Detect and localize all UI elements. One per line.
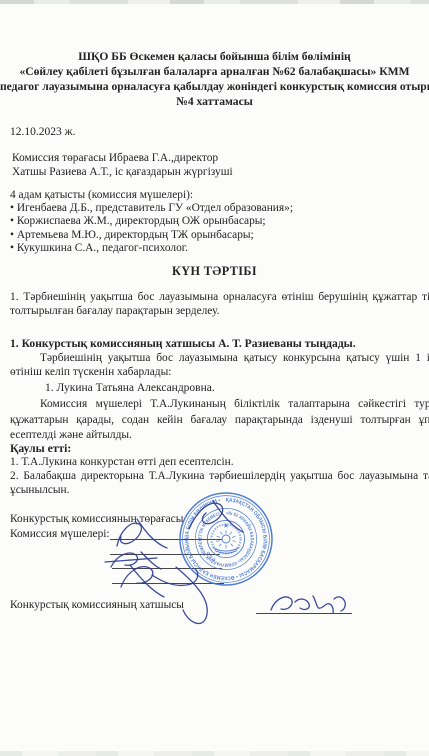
emblem-rays xyxy=(216,530,236,548)
secretary-signature xyxy=(271,596,345,613)
secretary-signature-line xyxy=(256,613,352,614)
stamp-dot xyxy=(208,552,210,554)
attendee-item: • Игенбаева Д.Б., представитель ГУ «Отде… xyxy=(10,202,293,215)
stamp-outer-ring xyxy=(180,493,272,585)
official-round-stamp: ҚАЗАҚСТАН ОБЛЫСЫ БІЛІМ БАСҚАРМАСЫ • ӨСКЕ… xyxy=(177,490,275,588)
agenda-line: 1. Тәрбиешінің уақытша бос лауазымына ор… xyxy=(10,290,429,304)
scan-artifact-bottom xyxy=(0,751,429,756)
stamp-inner-textpath: «№ 62 АРНАЙЫ БАЛАБАҚШАСЫ» КОММУНАЛДЫҚ МЕ… xyxy=(197,510,254,567)
scanned-protocol-document: ШҚО ББ Өскемен қаласы бойынша білім бөлі… xyxy=(0,0,429,756)
scan-artifact-top xyxy=(0,0,429,4)
officials-block: Комиссия төрағасы Ибраева Г.А.,директор … xyxy=(12,152,233,179)
stamp-outer-textpath: ҚАЗАҚСТАН ОБЛЫСЫ БІЛІМ БАСҚАРМАСЫ • ӨСКЕ… xyxy=(184,497,268,580)
header-line-4: №4 хаттамасы xyxy=(0,94,429,109)
signature-members-label: Комиссия мүшелері: xyxy=(10,528,110,540)
secretary-line: Хатшы Разиева А.Т., іс қағаздарын жүргіз… xyxy=(12,166,233,180)
attendees-block: 4 адам қатысты (комиссия мүшелері): • Иг… xyxy=(10,189,293,255)
attendee-item: • Артемьева М.Ю., директордың ТЖ орынбас… xyxy=(10,229,293,242)
agenda-title: КҮН ТӘРТІБІ xyxy=(0,264,429,279)
section1-heading: 1. Конкурстық комиссияның хатшысы А. Т. … xyxy=(10,337,356,350)
review-paragraph: Комиссия мүшелері Т.А.Лукинаның біліктіл… xyxy=(10,397,429,444)
stamp-dot xyxy=(210,556,212,558)
decision-line: 1. Т.А.Лукина конкурстан өтті деп есепте… xyxy=(10,455,429,469)
chairman-line: Комиссия төрағасы Ибраева Г.А.,директор xyxy=(12,152,233,166)
stamp-outer-text: ҚАЗАҚСТАН ОБЛЫСЫ БІЛІМ БАСҚАРМАСЫ • ӨСКЕ… xyxy=(184,497,268,580)
document-header: ШҚО ББ Өскемен қаласы бойынша білім бөлі… xyxy=(0,49,429,109)
stamp-inner-text: «№ 62 АРНАЙЫ БАЛАБАҚШАСЫ» КОММУНАЛДЫҚ МЕ… xyxy=(197,510,254,567)
decision-line: 2. Балабақша директорына Т.А.Лукина тәрб… xyxy=(10,469,429,483)
attendee-item: • Кукушкина С.А., педагог-психолог. xyxy=(10,242,293,255)
agenda-paragraph: 1. Тәрбиешінің уақытша бос лауазымына ор… xyxy=(10,290,429,318)
agenda-line: толтырылған бағалау парақтарын зерделеу. xyxy=(10,304,429,318)
decision-heading: Қаулы етті: xyxy=(10,442,71,455)
review-line: Комиссия мүшелері Т.А.Лукинаның біліктіл… xyxy=(10,397,429,413)
section1-paragraph: Тәрбиешінің уақытша бос лауазымына қатыс… xyxy=(10,351,429,380)
review-line: есептелді және айтылды. xyxy=(10,428,429,444)
emblem-shanyrak xyxy=(222,535,230,543)
stamp-middle-ring xyxy=(195,508,256,569)
review-line: құжаттарын қарады, содан кейін бағалау п… xyxy=(10,413,429,429)
document-date: 12.10.2023 ж. xyxy=(10,126,75,138)
header-line-1: ШҚО ББ Өскемен қаласы бойынша білім бөлі… xyxy=(0,49,429,64)
candidate-line: 1. Лукина Татьяна Александровна. xyxy=(45,382,215,394)
signature-secretary-label: Конкурстық комиссияның хатшысы xyxy=(10,599,184,611)
header-line-2: «Сөйлеу қабілеті бұзылған балаларға арна… xyxy=(0,64,429,79)
section1-line: Тәрбиешінің уақытша бос лауазымына қатыс… xyxy=(10,351,429,365)
attendee-item: • Коржиспаева Ж.М., директордың ОЖ орынб… xyxy=(10,215,293,228)
attendees-title: 4 адам қатысты (комиссия мүшелері): xyxy=(10,189,293,202)
section1-line: өтініш келіп түскенін хабарлады: xyxy=(10,365,429,379)
signature-chairman-label: Конкурстық комиссияның төрағасы xyxy=(10,513,183,525)
header-line-3: педагог лауазымына орналасуға қабылдау ж… xyxy=(0,79,429,94)
